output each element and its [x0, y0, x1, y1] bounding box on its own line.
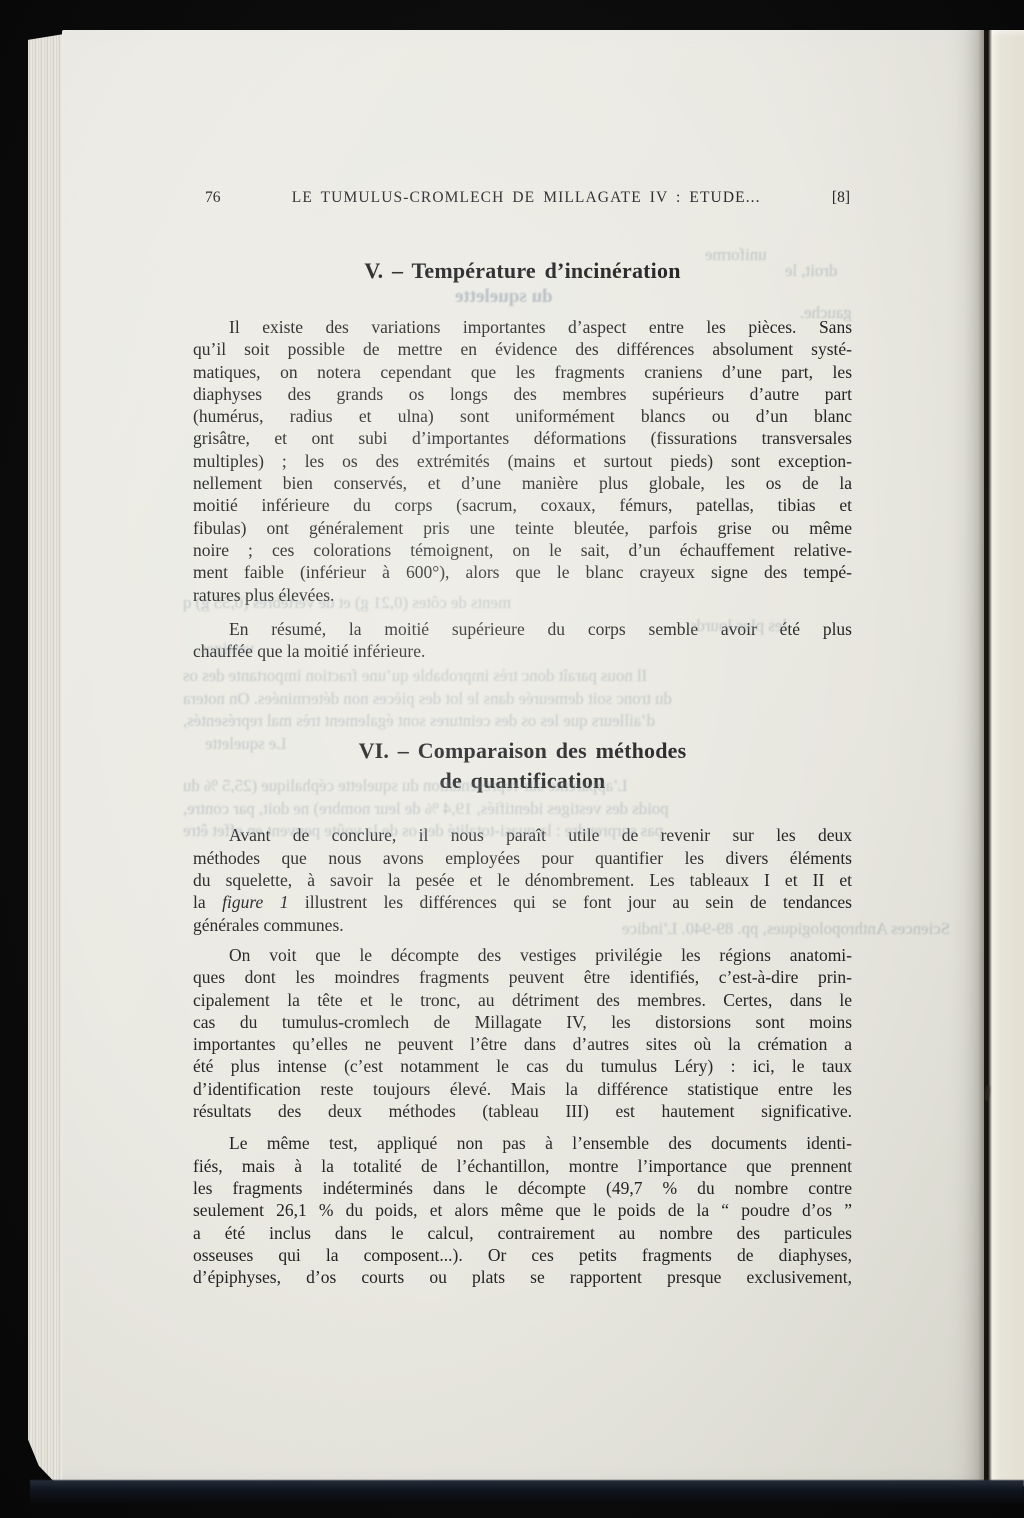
text-line: la figure 1 illustrent les différences q…	[193, 891, 852, 913]
text-line: diaphyses des grands os longs des membre…	[193, 383, 852, 405]
text-line: Il existe des variations importantes d’a…	[193, 316, 852, 338]
text-line: ques dont les moindres fragments peuvent…	[193, 966, 852, 988]
text-line: d’identification reste toujours élevé. M…	[193, 1078, 852, 1100]
paragraph: Avant de conclure, il nous paraît utile …	[193, 824, 852, 935]
text-line: fiés, mais à la totalité de l’échantillo…	[193, 1155, 852, 1177]
text-line: d’épiphyses, d’os courts ou plats se rap…	[193, 1266, 852, 1288]
text-line: chauffée que la moitié inférieure.	[193, 640, 852, 662]
text-line: moitié inférieure du corps (sacrum, coxa…	[193, 494, 852, 516]
text-line: importantes qu’elles ne peuvent l’être d…	[193, 1033, 852, 1055]
text-line: grisâtre, et ont subi d’importantes défo…	[193, 427, 852, 449]
text-line: été plus intense (c’est notamment le cas…	[193, 1055, 852, 1077]
text-line: osseuses qui la composent...). Or ces pe…	[193, 1244, 852, 1266]
heading-line: VI. – Comparaison des méthodes	[193, 736, 852, 766]
text-line: qu’il soit possible de mettre en évidenc…	[193, 338, 852, 360]
text-line: a été inclus dans le calcul, contraireme…	[193, 1222, 852, 1244]
heading-line: V. – Température d’incinération	[193, 256, 852, 286]
text-line: Avant de conclure, il nous paraît utile …	[193, 824, 852, 846]
page-stack-edge	[28, 34, 64, 1492]
page-bottom-shadow	[30, 1480, 1024, 1504]
facing-page-edge	[992, 30, 1024, 1486]
section-heading: VI. – Comparaison des méthodesde quantif…	[193, 736, 852, 796]
paragraph: En résumé, la moitié supérieure du corps…	[193, 618, 852, 663]
book-page: 76 LE TUMULUS-CROMLECH DE MILLAGATE IV :…	[62, 30, 984, 1482]
page-gutter-fold	[978, 30, 992, 1482]
text-line: On voit que le décompte des vestiges pri…	[193, 944, 852, 966]
page-content: 76 LE TUMULUS-CROMLECH DE MILLAGATE IV :…	[193, 188, 852, 1288]
paragraph: Il existe des variations importantes d’a…	[193, 316, 852, 606]
section-heading: V. – Température d’incinération	[193, 256, 852, 286]
text-line: ratures plus élevées.	[193, 584, 852, 606]
text-line: (humérus, radius et ulna) sont uniformém…	[193, 405, 852, 427]
text-line: seulement 26,1 % du poids, et alors même…	[193, 1199, 852, 1221]
text-line: générales communes.	[193, 914, 852, 936]
text-line: ment faible (inférieur à 600°), alors qu…	[193, 561, 852, 583]
heading-line: de quantification	[193, 766, 852, 796]
text-line: Le même test, appliqué non pas à l’ensem…	[193, 1132, 852, 1154]
text-line: multiples) ; les os des extrémités (main…	[193, 450, 852, 472]
text-line: matiques, on notera cependant que les fr…	[193, 361, 852, 383]
text-line: nellement bien conservés, et d’une maniè…	[193, 472, 852, 494]
text-line: cas du tumulus-cromlech de Millagate IV,…	[193, 1011, 852, 1033]
text-line: noire ; ces colorations témoignent, on l…	[193, 539, 852, 561]
paragraph: On voit que le décompte des vestiges pri…	[193, 944, 852, 1122]
text-line: fibulas) ont généralement pris une teint…	[193, 517, 852, 539]
running-title: LE TUMULUS-CROMLECH DE MILLAGATE IV : ET…	[221, 188, 832, 208]
text-line: les fragments indéterminés dans le décom…	[193, 1177, 852, 1199]
scanned-book-photo: 76 LE TUMULUS-CROMLECH DE MILLAGATE IV :…	[0, 0, 1024, 1518]
text-line: du squelette, à savoir la pesée et le dé…	[193, 869, 852, 891]
text-line: méthodes que nous avons employées pour q…	[193, 847, 852, 869]
running-header: 76 LE TUMULUS-CROMLECH DE MILLAGATE IV :…	[193, 188, 852, 208]
page-number: 76	[205, 188, 221, 208]
paragraph: Le même test, appliqué non pas à l’ensem…	[193, 1132, 852, 1288]
text-line: cipalement la tête et le tronc, au détri…	[193, 989, 852, 1011]
text-line: En résumé, la moitié supérieure du corps…	[193, 618, 852, 640]
text-line: résultats des deux méthodes (tableau III…	[193, 1100, 852, 1122]
folio-number: [8]	[832, 188, 850, 208]
